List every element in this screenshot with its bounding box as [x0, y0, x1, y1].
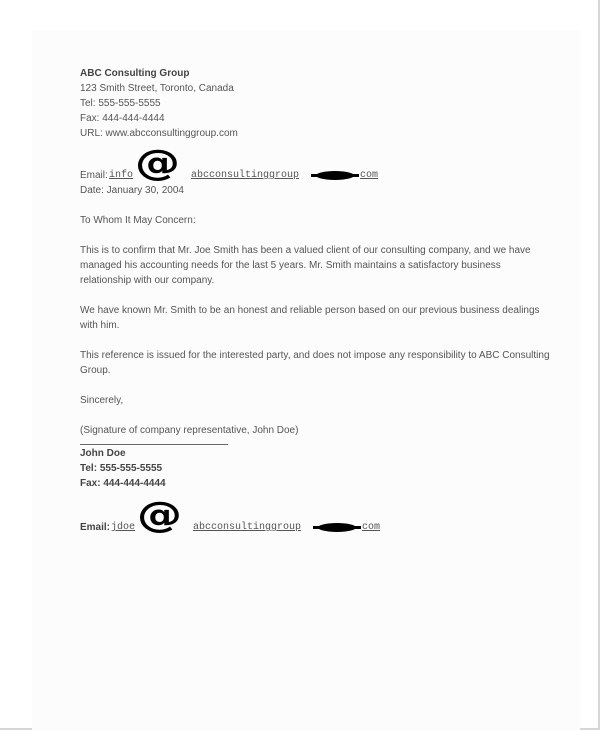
redacted-dot-icon — [318, 523, 356, 532]
signatory-name: John Doe — [80, 446, 550, 461]
at-sign-icon: @ — [137, 498, 182, 534]
body-paragraph-2: We have known Mr. Smith to be an honest … — [80, 303, 550, 333]
email-label: Email: — [80, 520, 110, 535]
email-tld-link[interactable]: com — [362, 520, 380, 535]
company-address: 123 Smith Street, Toronto, Canada — [80, 81, 550, 96]
email-user-link[interactable]: info — [109, 168, 133, 183]
email-domain-link[interactable]: abcconsultinggroup — [191, 168, 299, 183]
header-email-row: Email: info @ abcconsultinggroup com — [80, 168, 550, 183]
letter-date: Date: January 30, 2004 — [80, 183, 550, 198]
signatory-tel: Tel: 555-555-5555 — [80, 461, 550, 476]
company-tel: Tel: 555-555-5555 — [80, 96, 550, 111]
redacted-dot-icon — [316, 171, 354, 180]
company-name: ABC Consulting Group — [80, 66, 550, 81]
at-sign-icon: @ — [135, 146, 180, 182]
closing: Sincerely, — [80, 393, 550, 408]
email-tld-link[interactable]: com — [360, 168, 378, 183]
footer-email-row: Email: jdoe @ abcconsultinggroup com — [80, 520, 550, 535]
signature-line — [80, 438, 228, 445]
company-url: URL: www.abcconsultinggroup.com — [80, 126, 550, 141]
company-fax: Fax: 444-444-4444 — [80, 111, 550, 126]
email-domain-link[interactable]: abcconsultinggroup — [193, 520, 301, 535]
signatory-fax: Fax: 444-444-4444 — [80, 476, 550, 491]
signature-note: (Signature of company representative, Jo… — [80, 423, 550, 438]
salutation: To Whom It May Concern: — [80, 213, 550, 228]
email-label: Email: — [80, 168, 108, 183]
email-user-link[interactable]: jdoe — [111, 520, 135, 535]
reference-letter: ABC Consulting Group 123 Smith Street, T… — [80, 66, 550, 535]
body-paragraph-3: This reference is issued for the interes… — [80, 348, 550, 378]
body-paragraph-1: This is to confirm that Mr. Joe Smith ha… — [80, 243, 550, 288]
